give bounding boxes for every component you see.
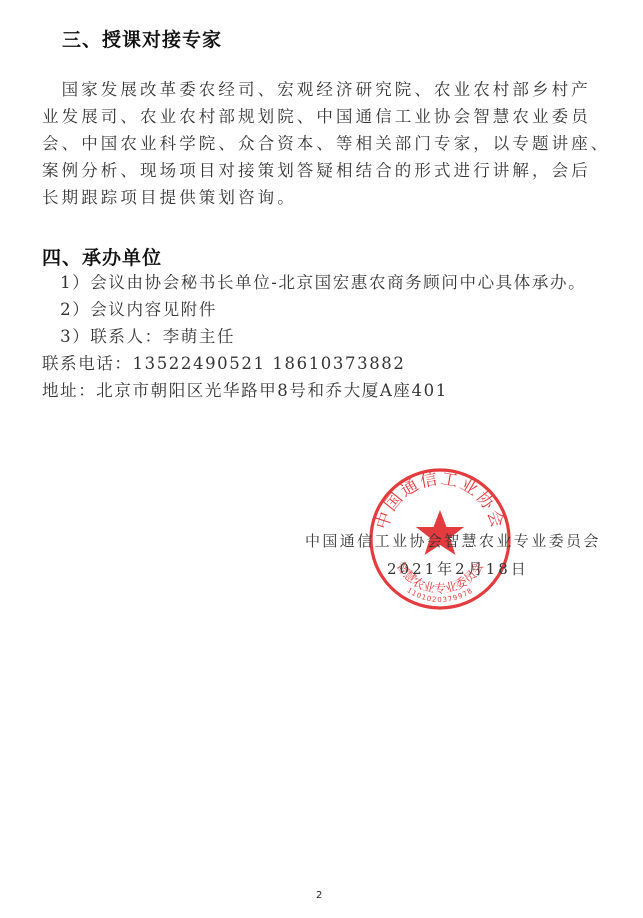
section-4-heading: 四、承办单位 [42, 243, 162, 270]
section-3-paragraph-line-4: 案例分析、现场项目对接策划答疑相结合的形式进行讲解，会后 [42, 161, 591, 181]
contact-phone-line: 联系电话：13522490521 18610373882 [42, 354, 406, 374]
section-4-item-3: 3）联系人：李萌主任 [42, 327, 235, 347]
section-3-paragraph-line-3: 会、中国农业科学院、众合资本、等相关部门专家，以专题讲座、 [42, 134, 610, 154]
section-4-item-2: 2）会议内容见附件 [42, 300, 217, 320]
section-3-heading: 三、授课对接专家 [62, 25, 222, 52]
signature-organization: 中国通信工业协会智慧农业专业委员会 [305, 530, 601, 551]
section-3-paragraph-line-2: 业发展司、农业农村部规划院、中国通信工业协会智慧农业委员 [42, 107, 591, 127]
signature-date: 2021年2月18日 [387, 558, 529, 579]
page-number: 2 [316, 890, 322, 901]
section-4-item-1: 1）会议由协会秘书长单位-北京国宏惠农商务顾问中心具体承办。 [42, 273, 586, 293]
section-3-paragraph-line-1: 国家发展改革委农经司、宏观经济研究院、农业农村部乡村产 [42, 80, 591, 100]
section-3-paragraph-line-5: 长期跟踪项目提供策划咨询。 [42, 188, 297, 208]
address-line: 地址：北京市朝阳区光华路甲8号和乔大厦A座401 [42, 381, 448, 401]
